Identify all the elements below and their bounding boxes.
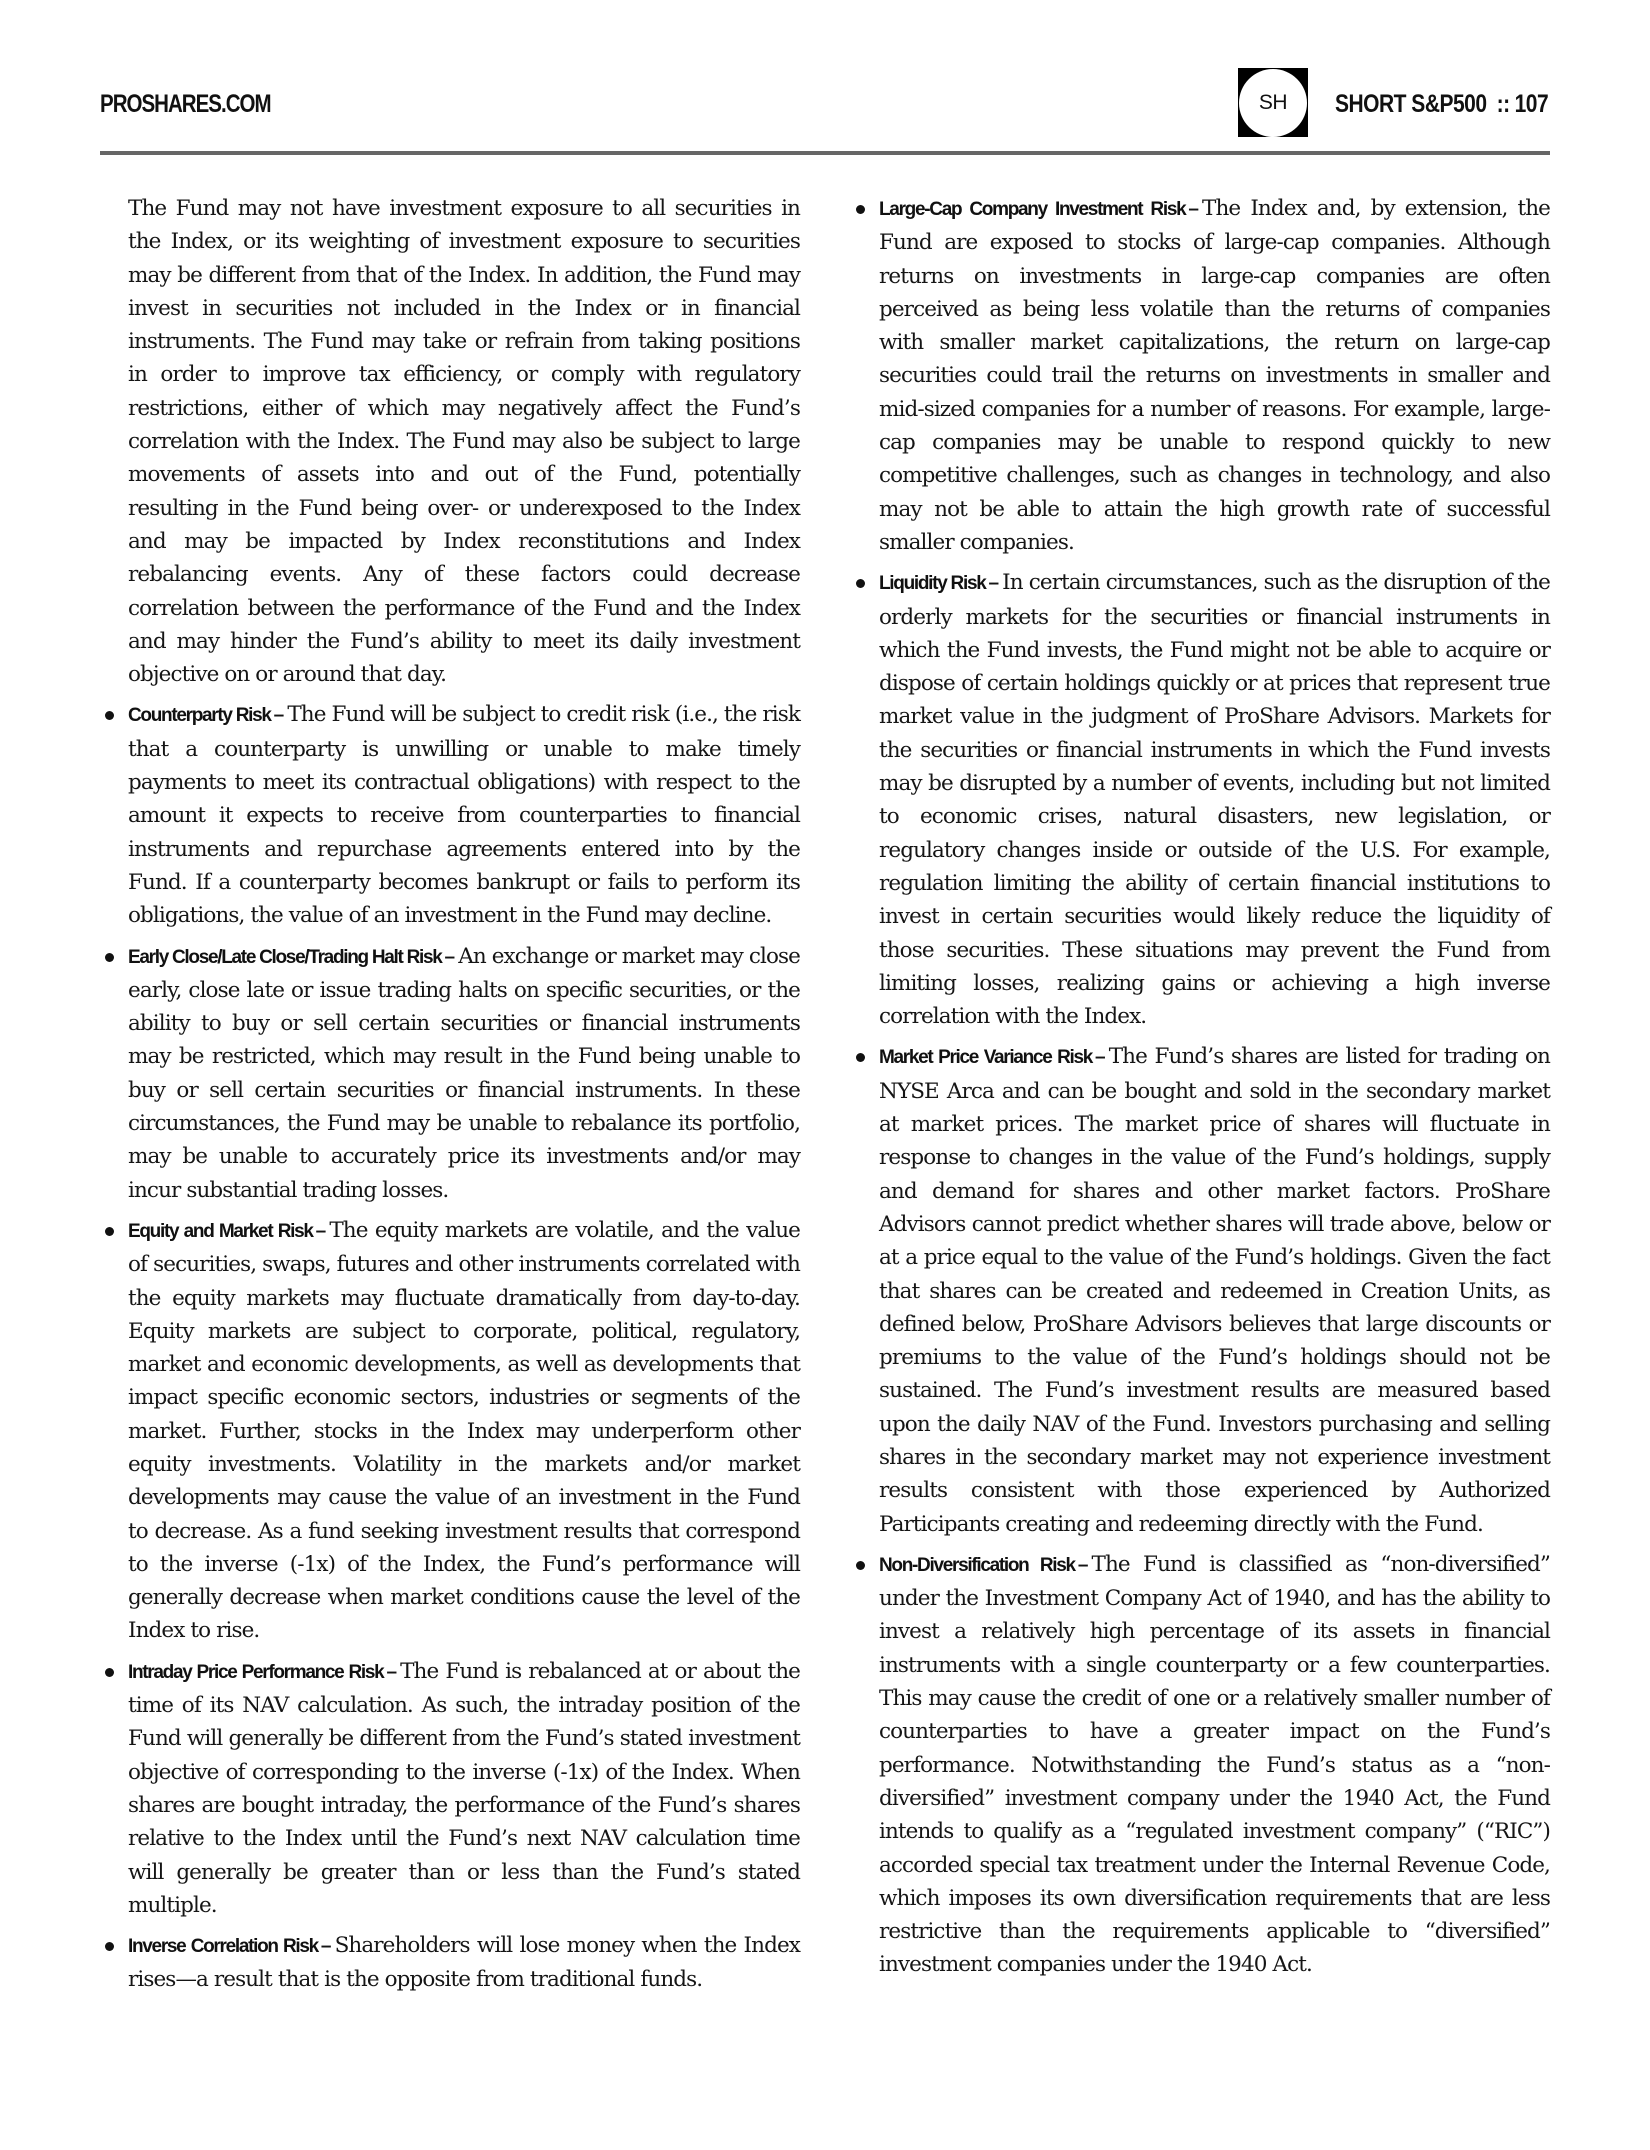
bullet-icon <box>105 953 114 962</box>
risk-item-inverse-correlation: Inverse Correlation Risk–Shareholders wi… <box>128 1929 800 1997</box>
risk-text: The Fund is rebalanced at or about the t… <box>128 1659 800 1918</box>
em-dash: – <box>274 705 284 726</box>
right-column: Large-Cap Company Investment Risk–The In… <box>879 192 1550 1989</box>
em-dash: – <box>316 1221 326 1242</box>
bullet-icon <box>856 205 865 214</box>
em-dash: – <box>321 1936 331 1957</box>
site-name: PROSHARES.COM <box>100 90 271 118</box>
bullet-icon <box>105 711 114 720</box>
risk-item-liquidity: Liquidity Risk–In certain circumstances,… <box>879 566 1550 1033</box>
header-rule-divider <box>100 151 1550 155</box>
bullet-icon <box>856 1561 865 1570</box>
em-dash: – <box>386 1662 396 1683</box>
risk-text: The Fund will be subject to credit risk … <box>128 702 800 928</box>
em-dash: – <box>1078 1555 1088 1576</box>
em-dash: – <box>1188 199 1198 220</box>
risk-item-non-diversification: Non-Diversification Risk–The Fund is cla… <box>879 1548 1550 1982</box>
risk-item-early-close: Early Close/Late Close/Trading Halt Risk… <box>128 940 800 1207</box>
risk-text: The Fund is classified as “non-diversifi… <box>879 1552 1550 1978</box>
risk-text: The equity markets are volatile, and the… <box>128 1218 800 1644</box>
running-header-title: SHORT S&P500::107 <box>1335 90 1516 118</box>
risk-title: Intraday Price Performance Risk <box>128 1662 383 1683</box>
risk-title: Non-Diversification Risk <box>879 1555 1075 1576</box>
risk-text: An exchange or market may close early, c… <box>128 944 800 1203</box>
risk-title: Equity and Market Risk <box>128 1221 313 1242</box>
risk-text: The Index and, by extension, the Fund ar… <box>879 196 1550 555</box>
bullet-icon <box>105 1227 114 1236</box>
risk-item-equity-market: Equity and Market Risk–The equity market… <box>128 1214 800 1648</box>
header-separator: :: <box>1497 90 1510 118</box>
bullet-icon <box>105 1942 114 1951</box>
risk-title: Liquidity Risk <box>879 573 985 594</box>
bullet-icon <box>856 579 865 588</box>
bullet-icon <box>105 1668 114 1677</box>
page-number: 107 <box>1515 90 1549 118</box>
risk-title: Inverse Correlation Risk <box>128 1936 318 1957</box>
risk-title: Early Close/Late Close/Trading Halt Risk <box>128 947 442 968</box>
risk-text: In certain circumstances, such as the di… <box>879 570 1550 1029</box>
em-dash: – <box>988 573 998 594</box>
risk-item-counterparty: Counterparty Risk–The Fund will be subje… <box>128 698 800 932</box>
fund-ticker-badge: SH <box>1238 68 1308 137</box>
fund-ticker-circle-icon: SH <box>1239 69 1307 137</box>
risk-item-market-price-variance: Market Price Variance Risk–The Fund’s sh… <box>879 1040 1550 1540</box>
risk-item-intraday-price: Intraday Price Performance Risk–The Fund… <box>128 1655 800 1922</box>
intro-paragraph: The Fund may not have investment exposur… <box>128 192 800 691</box>
left-column: The Fund may not have investment exposur… <box>128 192 800 2004</box>
risk-title: Market Price Variance Risk <box>879 1047 1092 1068</box>
page-header: PROSHARES.COM SH SHORT S&P500::107 <box>0 0 1650 160</box>
fund-name: SHORT S&P500 <box>1335 90 1487 118</box>
em-dash: – <box>1095 1047 1105 1068</box>
risk-title: Counterparty Risk <box>128 705 271 726</box>
bullet-icon <box>856 1053 865 1062</box>
risk-item-large-cap: Large-Cap Company Investment Risk–The In… <box>879 192 1550 559</box>
em-dash: – <box>445 947 455 968</box>
risk-text: The Fund’s shares are listed for trading… <box>879 1044 1550 1536</box>
risk-title: Large-Cap Company Investment Risk <box>879 199 1185 220</box>
